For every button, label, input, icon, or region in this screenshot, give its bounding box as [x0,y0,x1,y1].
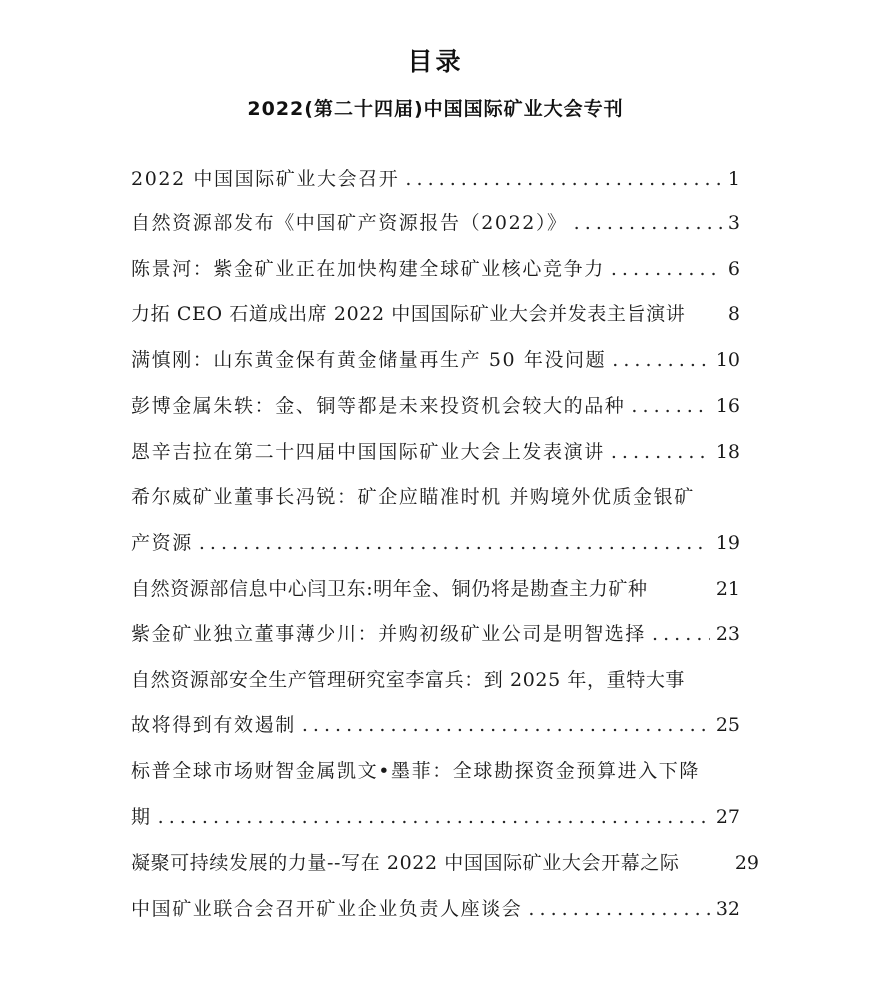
toc-entry-title: 陈景河：紫金矿业正在加快构建全球矿业核心竞争力 [131,254,605,284]
toc-entry-line2[interactable]: 产资源 19 [131,528,740,558]
toc-leader-dots [652,619,710,649]
page-subtitle: 2022(第二十四届)中国国际矿业大会专刊 [0,94,871,121]
toc-entry-title: 紫金矿业独立董事薄少川：并购初级矿业公司是明智选择 [131,619,646,649]
toc-entry-line2[interactable]: 故将得到有效遏制 25 [131,710,740,740]
toc-entry[interactable]: 自然资源部信息中心闫卫东:明年金、铜仍将是勘查主力矿种 21 [131,574,740,604]
toc-entry-page: 25 [716,710,740,740]
toc-leader-dots [574,208,722,238]
toc-entry[interactable]: 恩辛吉拉在第二十四届中国国际矿业大会上发表演讲 18 [131,437,740,467]
toc-entry-line1[interactable]: 自然资源部安全生产管理研究室李富兵：到 2025 年，重特大事 [131,665,740,695]
toc-entry-page: 18 [716,437,740,467]
toc-entry-page: 29 [735,848,759,878]
toc-entry-page: 1 [728,164,740,194]
toc-entry[interactable]: 满慎刚：山东黄金保有黄金储量再生产 50 年没问题 10 [131,345,740,375]
toc-entry-title: 恩辛吉拉在第二十四届中国国际矿业大会上发表演讲 [131,437,605,467]
toc-entry-page: 23 [716,619,740,649]
toc-leader-dots [158,802,710,832]
toc-entry[interactable]: 陈景河：紫金矿业正在加快构建全球矿业核心竞争力 6 [131,254,740,284]
toc-entry-page: 19 [716,528,740,558]
toc-entry[interactable]: 中国矿业联合会召开矿业企业负责人座谈会 32 [131,894,740,924]
toc-entry-title: 满慎刚：山东黄金保有黄金储量再生产 50 年没问题 [131,345,606,375]
toc-entry[interactable]: 凝聚可持续发展的力量--写在 2022 中国国际矿业大会开幕之际 29 [131,848,759,878]
toc-entry-title: 自然资源部安全生产管理研究室李富兵：到 2025 年，重特大事 [131,665,685,695]
toc-entry[interactable]: 2022 中国国际矿业大会召开 1 [131,164,740,194]
toc-entry-title: 凝聚可持续发展的力量--写在 2022 中国国际矿业大会开幕之际 [131,848,679,878]
toc-entry[interactable]: 紫金矿业独立董事薄少川：并购初级矿业公司是明智选择 23 [131,619,740,649]
page-title: 目录 [0,42,871,78]
toc-entry-title-continued: 故将得到有效遏制 [131,710,296,740]
toc-entry[interactable]: 自然资源部发布《中国矿产资源报告（2022）》 3 [131,208,740,238]
toc-leader-dots [405,164,722,194]
toc-entry[interactable]: 力拓 CEO 石道成出席 2022 中国国际矿业大会并发表主旨演讲 8 [131,299,740,329]
toc-entry-page: 3 [728,208,740,238]
toc-entry-title: 中国矿业联合会召开矿业企业负责人座谈会 [131,894,522,924]
toc-entry[interactable]: 彭博金属朱轶：金、铜等都是未来投资机会较大的品种 16 [131,391,740,421]
toc-entry-page: 6 [728,254,740,284]
toc-entry-title: 2022 中国国际矿业大会召开 [131,164,399,194]
toc-entry-title: 彭博金属朱轶：金、铜等都是未来投资机会较大的品种 [131,391,625,421]
toc-entry-title-continued: 产资源 [131,528,193,558]
toc-entry-page: 32 [716,894,740,924]
toc-leader-dots [611,437,710,467]
toc-entry-title: 自然资源部发布《中国矿产资源报告（2022）》 [131,208,568,238]
toc-entry-page: 16 [716,391,740,421]
toc-leader-dots [611,254,722,284]
toc-entry-page: 27 [716,802,740,832]
toc-entry-title: 自然资源部信息中心闫卫东:明年金、铜仍将是勘查主力矿种 [131,574,648,604]
toc-entry-title-continued: 期 [131,802,152,832]
toc-leader-dots [612,345,710,375]
toc-entry-title: 力拓 CEO 石道成出席 2022 中国国际矿业大会并发表主旨演讲 [131,299,685,329]
toc-entry-page: 10 [716,345,740,375]
toc-entry-page: 8 [728,299,740,329]
toc-leader-dots [528,894,709,924]
toc-entry-title: 标普全球市场财智金属凯文•墨菲：全球勘探资金预算进入下降 [131,756,700,786]
toc-leader-dots [631,391,709,421]
toc-entry-line1[interactable]: 标普全球市场财智金属凯文•墨菲：全球勘探资金预算进入下降 [131,756,740,786]
toc-entry-page: 21 [716,574,740,604]
toc-leader-dots [302,710,710,740]
toc-entry-title: 希尔威矿业董事长冯锐：矿企应瞄准时机 并购境外优质金银矿 [131,482,695,512]
toc-leader-dots [199,528,710,558]
toc-entry-line1[interactable]: 希尔威矿业董事长冯锐：矿企应瞄准时机 并购境外优质金银矿 [131,482,740,512]
toc-entry-line2[interactable]: 期 27 [131,802,740,832]
